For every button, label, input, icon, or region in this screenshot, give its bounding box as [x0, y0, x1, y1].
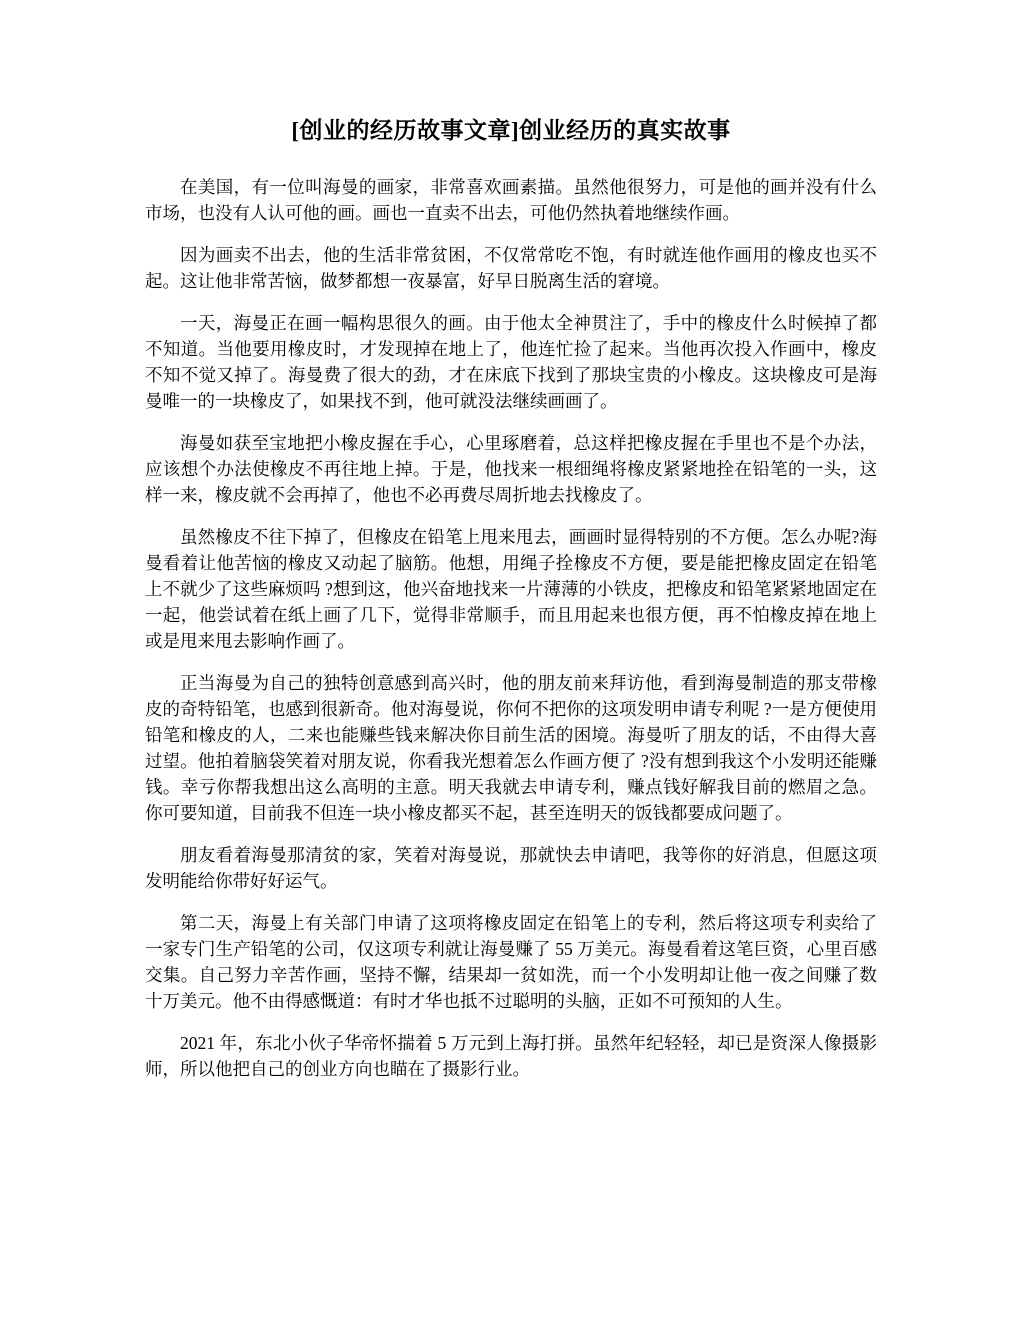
- paragraph: 海曼如获至宝地把小橡皮握在手心，心里琢磨着，总这样把橡皮握在手里也不是个办法，应…: [145, 430, 877, 508]
- paragraph: 第二天，海曼上有关部门申请了这项将橡皮固定在铅笔上的专利，然后将这项专利卖给了一…: [145, 910, 877, 1014]
- paragraph: 正当海曼为自己的独特创意感到高兴时，他的朋友前来拜访他，看到海曼制造的那支带橡皮…: [145, 670, 877, 826]
- paragraph: 2021 年，东北小伙子华帝怀揣着 5 万元到上海打拼。虽然年纪轻轻，却已是资深…: [145, 1030, 877, 1082]
- document-body: 在美国，有一位叫海曼的画家，非常喜欢画素描。虽然他很努力，可是他的画并没有什么市…: [145, 174, 877, 1082]
- document-page: [创业的经历故事文章]创业经历的真实故事 在美国，有一位叫海曼的画家，非常喜欢画…: [0, 0, 1020, 1320]
- paragraph: 在美国，有一位叫海曼的画家，非常喜欢画素描。虽然他很努力，可是他的画并没有什么市…: [145, 174, 877, 226]
- paragraph: 虽然橡皮不往下掉了，但橡皮在铅笔上甩来甩去，画画时显得特别的不方便。怎么办呢?海…: [145, 524, 877, 654]
- paragraph: 因为画卖不出去，他的生活非常贫困，不仅常常吃不饱，有时就连他作画用的橡皮也买不起…: [145, 242, 877, 294]
- document-title: [创业的经历故事文章]创业经历的真实故事: [145, 115, 877, 146]
- paragraph: 朋友看着海曼那清贫的家，笑着对海曼说，那就快去申请吧，我等你的好消息，但愿这项发…: [145, 842, 877, 894]
- paragraph: 一天，海曼正在画一幅构思很久的画。由于他太全神贯注了，手中的橡皮什么时候掉了都不…: [145, 310, 877, 414]
